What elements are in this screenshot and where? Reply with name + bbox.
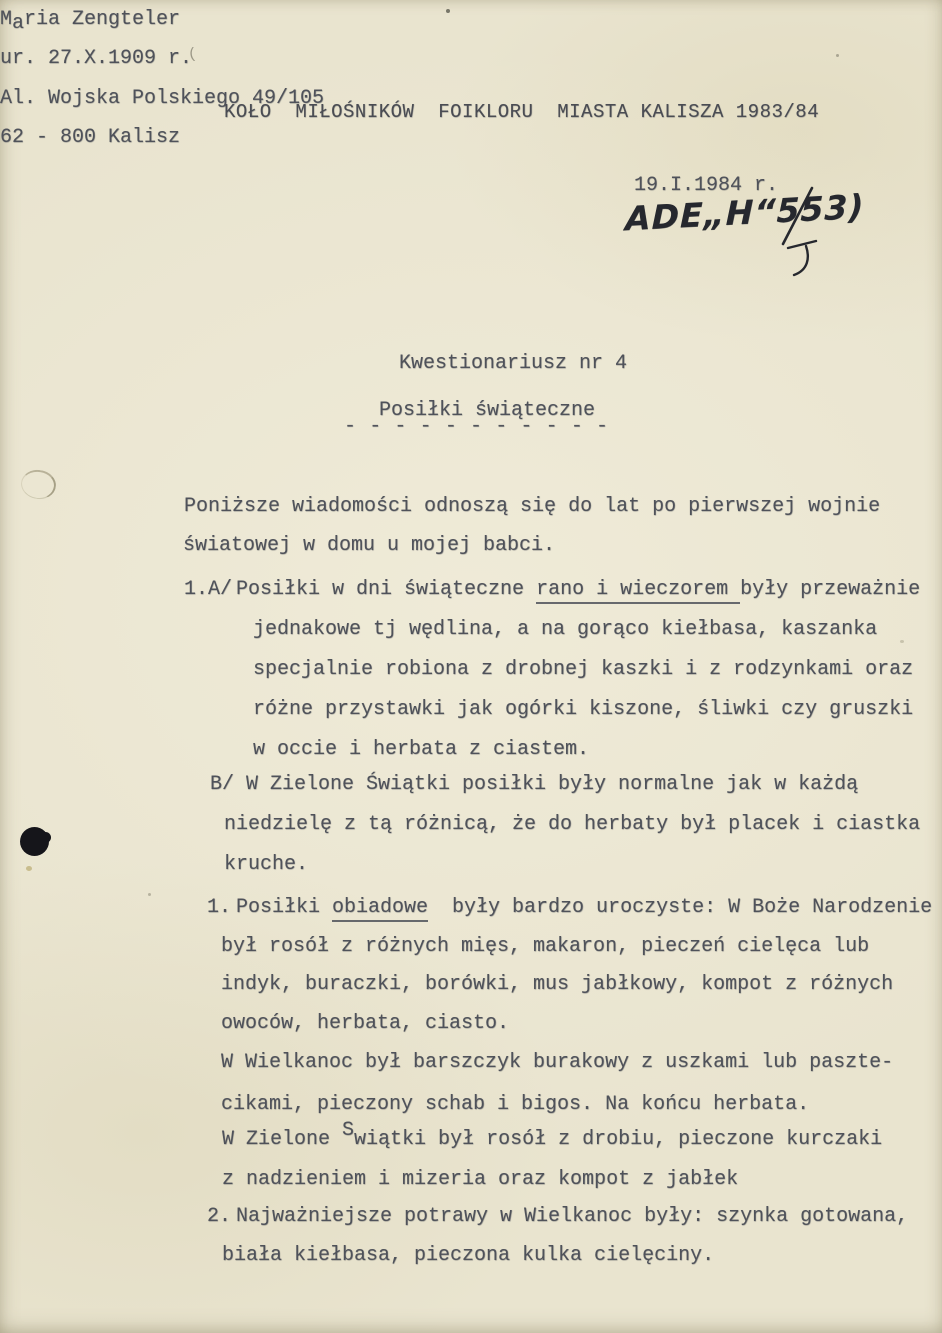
typed-line: specjalnie robiona z drobnej kaszki i z … — [253, 650, 942, 690]
typed-line: indyk, buraczki, borówki, mus jabłkowy, … — [221, 966, 942, 1005]
typed-line: w occie i herbata z ciastem. — [253, 730, 942, 770]
questionnaire-heading: Kwestionariusz nr 4 — [399, 351, 627, 377]
scanned-document-page: KOŁO MIŁOŚNIKÓW FOIKLORU MIASTA KALISZA … — [0, 0, 942, 1333]
text-segment: wiątki był rosół z drobiu, pieczone kurc… — [354, 1128, 882, 1151]
text-segment: kruche. — [224, 853, 308, 876]
sender-name-line: Maria Zengteler — [0, 0, 942, 39]
typed-line: W Wielkanoc był barszczyk burakowy z usz… — [221, 1042, 942, 1084]
typed-line: był rosół z różnych mięs, makaron, piecz… — [221, 928, 942, 967]
paper-speck — [26, 866, 32, 871]
paper-speck — [446, 9, 450, 13]
document-title: KOŁO MIŁOŚNIKÓW FOIKLORU MIASTA KALISZA … — [224, 99, 819, 125]
paper-speck — [836, 54, 839, 57]
text-segment: niedzielę z tą różnicą, że do herbaty by… — [224, 813, 920, 836]
typed-line: kruche. — [224, 845, 942, 885]
text-segment: Najważniejsze potrawy w Wielkanoc były: … — [236, 1205, 908, 1228]
para-zielone-swiatki: W Zielone Swiątki był rosół z drobiu, pi… — [0, 1120, 942, 1200]
text-segment: W Zielone Świątki posiłki były normalne … — [246, 773, 858, 796]
text-segment: indyk, buraczki, borówki, mus jabłkowy, … — [221, 973, 893, 996]
dash-underline: - - - - - - - - - - - — [344, 414, 609, 440]
text-segment: specjalnie robiona z drobnej kaszki i z … — [253, 658, 913, 681]
text-segment: z nadzieniem i mizeria oraz kompot z jab… — [222, 1168, 738, 1191]
sender-birth-line: ur. 27.X.1909 r. — [0, 39, 942, 78]
para-2: 2.Najważniejsze potrawy w Wielkanoc były… — [0, 1197, 942, 1275]
list-marker: B/ — [210, 765, 234, 805]
sender-block: Maria Zengteler ur. 27.X.1909 r. Al. Woj… — [0, 0, 942, 157]
para-intro: Poniższe wiadomości odnoszą się do lat p… — [0, 487, 942, 565]
typed-line: W Zielone Swiątki był rosół z drobiu, pi… — [222, 1120, 942, 1160]
para-1a: 1.A/Posiłki w dni świąteczne rano i wiec… — [0, 570, 942, 770]
para-1: 1.Posiłki obiadowe były bardzo uroczyste… — [0, 889, 942, 1043]
text-segment: Poniższe wiadomości odnoszą się do lat p… — [184, 495, 880, 518]
text-segment: biała kiełbasa, pieczona kulka cielęciny… — [222, 1244, 714, 1267]
paper-speck — [148, 893, 151, 896]
text-segment: W Wielkanoc był barszczyk burakowy z usz… — [221, 1051, 893, 1074]
text-segment: W Zielone — [222, 1128, 342, 1151]
text-segment: cikami, pieczony schab i bigos. Na końcu… — [221, 1093, 809, 1116]
typed-line: jednakowe tj wędlina, a na gorąco kiełba… — [253, 610, 942, 650]
typed-line: biała kiełbasa, pieczona kulka cielęciny… — [222, 1236, 942, 1275]
typed-line: Poniższe wiadomości odnoszą się do lat p… — [184, 487, 942, 526]
typed-line: różne przystawki jak ogórki kiszone, śli… — [253, 690, 942, 730]
paper-speck — [900, 640, 904, 643]
typed-line: Najważniejsze potrawy w Wielkanoc były: … — [236, 1197, 942, 1236]
text-segment: owoców, herbata, ciasto. — [221, 1012, 509, 1035]
para-wielkanoc: W Wielkanoc był barszczyk burakowy z usz… — [0, 1042, 942, 1126]
text-segment: S — [342, 1119, 354, 1142]
typed-line: światowej w domu u mojej babci. — [183, 526, 942, 565]
text-segment: Posiłki — [236, 896, 332, 919]
text-segment: różne przystawki jak ogórki kiszone, śli… — [253, 698, 913, 721]
typed-line: Posiłki obiadowe były bardzo uroczyste: … — [236, 889, 942, 928]
para-b: B/W Zielone Świątki posiłki były normaln… — [0, 765, 942, 885]
typed-line: Posiłki w dni świąteczne rano i wieczore… — [236, 570, 942, 610]
text-segment: był rosół z różnych mięs, makaron, piecz… — [221, 935, 869, 958]
typed-line: W Zielone Świątki posiłki były normalne … — [246, 765, 942, 805]
paper-speck: ( — [187, 46, 198, 64]
text-segment: były bardzo uroczyste: W Boże Narodzenie — [428, 896, 932, 919]
list-marker: 1. — [207, 889, 231, 928]
handwritten-flourish — [750, 178, 840, 288]
text-segment: ria Zengteler — [24, 8, 180, 31]
list-marker: 1.A/ — [184, 570, 232, 610]
typed-line: owoców, herbata, ciasto. — [221, 1005, 942, 1044]
text-segment: światowej w domu u mojej babci. — [183, 534, 555, 557]
text-segment: w occie i herbata z ciastem. — [253, 738, 589, 761]
punch-hole-dot — [20, 827, 49, 856]
text-segment: były przeważnie — [740, 578, 920, 601]
text-segment: rano i wieczorem — [536, 578, 740, 604]
typed-line: niedzielę z tą różnicą, że do herbaty by… — [224, 805, 942, 845]
list-marker: 2. — [207, 1197, 231, 1236]
typed-line: z nadzieniem i mizeria oraz kompot z jab… — [222, 1160, 942, 1200]
text-segment: a — [12, 12, 24, 35]
text-segment: jednakowe tj wędlina, a na gorąco kiełba… — [253, 618, 877, 641]
text-segment: obiadowe — [332, 896, 428, 922]
text-segment: Posiłki w dni świąteczne — [236, 578, 536, 601]
text-segment: M — [0, 8, 12, 31]
